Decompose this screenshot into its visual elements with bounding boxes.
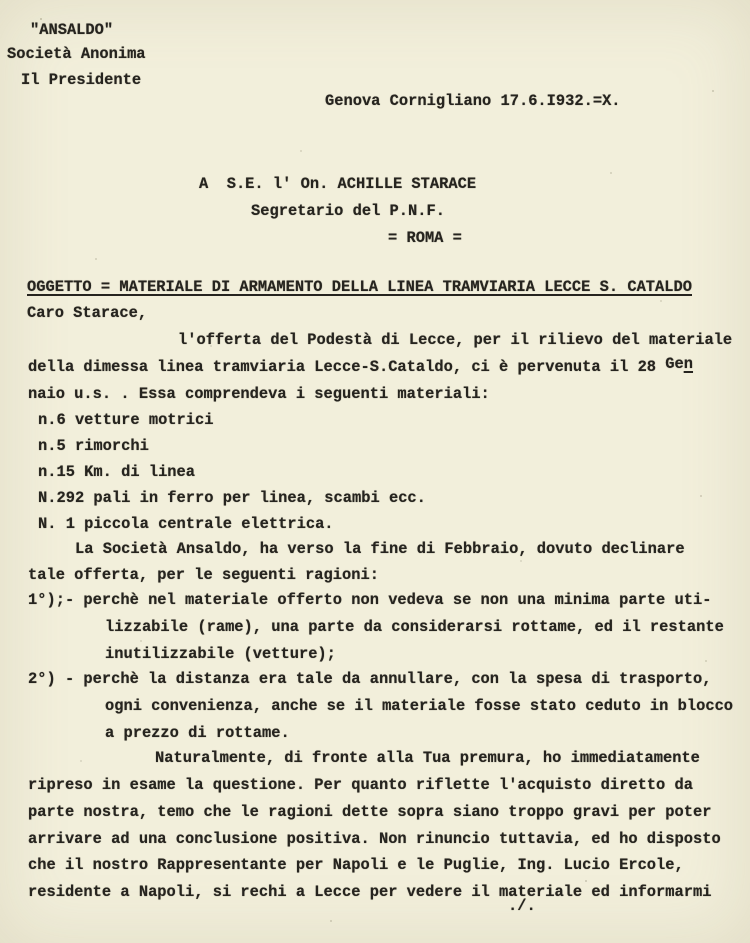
reason-1-line: inutilizzabile (vetture); [105,644,336,664]
dateline: Genova Cornigliano 17.6.I932.=X. [325,91,621,111]
body-line: ripreso in esame la questione. Per quant… [28,775,693,795]
materials-list-item: n.5 rimorchi [38,436,149,456]
recipient-city: = ROMA = [388,228,462,248]
continuation-mark: ./. [508,896,536,916]
reason-2-line: 2°) - perchè la distanza era tale da ann… [28,669,711,689]
reason-1-line: lizzabile (rame), una parte da considera… [105,617,724,637]
body-line: tale offerta, per le seguenti ragioni: [28,565,379,585]
reason-2-line: a prezzo di rottame. [105,723,290,743]
reason-2-line: ogni convenienza, anche se il materiale … [105,696,733,716]
recipient-title: Segretario del P.N.F. [251,201,445,221]
reason-1-line: 1°);- perchè nel materiale offerto non v… [28,590,711,610]
hyphenation-raised-text: Ge [665,355,683,373]
recipient-name: A S.E. l' On. ACHILLE STARACE [199,174,476,194]
body-line: naio u.s. . Essa comprendeva i seguenti … [28,384,490,404]
body-line: Naturalmente, di fronte alla Tua premura… [155,748,700,768]
salutation: Caro Starace, [27,303,147,323]
materials-list-item: n.6 vetture motrici [38,410,213,430]
body-line: arrivare ad una conclusione positiva. No… [28,829,721,849]
letterhead-org-type: Società Anonima [7,44,146,64]
body-line: della dimessa linea tramviaria Lecce-S.C… [28,357,693,377]
body-line: che il nostro Rappresentante per Napoli … [28,855,684,875]
body-line: parte nostra, temo che le ragioni dette … [28,802,711,822]
materials-list-item: N.292 pali in ferro per linea, scambi ec… [38,488,426,508]
paper-texture [0,0,2,2]
materials-list-item: N. 1 piccola centrale elettrica. [38,514,334,534]
letterhead-company: "ANSALDO" [30,20,113,40]
materials-list-item: n.15 Km. di linea [38,462,195,482]
body-line: residente a Napoli, si rechi a Lecce per… [28,882,711,902]
body-line-text: della dimessa linea tramviaria Lecce-S.C… [28,358,665,376]
hyphenation-underlined-letter: n [684,355,693,373]
letter-page: "ANSALDO" Società Anonima Il Presidente … [0,0,750,943]
subject-line: OGGETTO = MATERIALE DI ARMAMENTO DELLA L… [27,277,692,297]
body-line: La Società Ansaldo, ha verso la fine di … [75,539,685,559]
letterhead-role: Il Presidente [21,70,141,90]
body-line: l'offerta del Podestà di Lecce, per il r… [178,330,732,350]
